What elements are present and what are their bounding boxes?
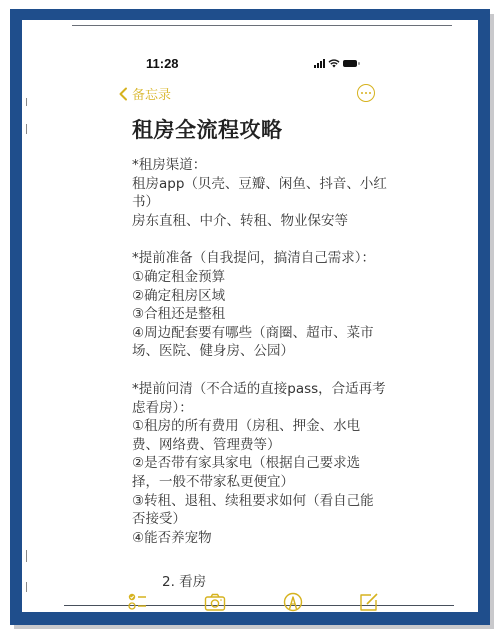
note-line: 择，一般不带家私更便宜） <box>132 473 432 492</box>
note-line: 场、医院、健身房、公园） <box>132 342 432 361</box>
note-line: ④周边配套要有哪些（商圈、超市、菜市 <box>132 324 432 343</box>
edge-mark <box>26 550 27 562</box>
list-heading-viewing: 2. 看房 <box>162 570 206 590</box>
phone-screenshot: 11:28 备忘录 租房全流程攻略 *租房渠道： <box>22 20 478 612</box>
note-section-channels: *租房渠道： 租房app（贝壳、豆瓣、闲鱼、抖音、小红 书） 房东直租、中介、转… <box>132 156 432 230</box>
note-section-questions: *提前问清（不合适的直接pass，合适再考 虑看房）： ①租房的所有费用（房租、… <box>132 380 432 547</box>
note-line: ④能否养宠物 <box>132 529 432 548</box>
chevron-left-icon <box>118 87 128 101</box>
note-body[interactable]: 租房全流程攻略 *租房渠道： 租房app（贝壳、豆瓣、闲鱼、抖音、小红 书） 房… <box>132 116 432 566</box>
note-line: ①租房的所有费用（房租、押金、水电 <box>132 417 432 436</box>
note-line: *提前问清（不合适的直接pass，合适再考 <box>132 380 432 399</box>
note-line: ③转租、退租、续租要求如何（看自己能 <box>132 492 432 511</box>
note-line: 虑看房）： <box>132 399 432 418</box>
nav-bar: 备忘录 <box>22 84 478 106</box>
edge-mark <box>26 124 27 134</box>
edge-line <box>72 25 452 26</box>
back-label: 备忘录 <box>132 84 171 103</box>
back-button[interactable]: 备忘录 <box>118 84 171 103</box>
more-button[interactable] <box>357 84 375 102</box>
checklist-icon[interactable] <box>127 592 149 612</box>
note-section-preparation: *提前准备（自我提问，搞清自己需求）： ①确定租金预算 ②确定租房区域 ③合租还… <box>132 249 432 361</box>
camera-icon[interactable] <box>204 592 226 612</box>
wifi-icon <box>328 59 340 68</box>
note-line: 房东直租、中介、转租、物业保安等 <box>132 212 432 231</box>
status-bar: 11:28 <box>22 56 478 76</box>
note-line: 费、网络费、管理费等） <box>132 436 432 455</box>
status-icons <box>314 59 357 68</box>
note-line: ②是否带有家具家电（根据自己要求选 <box>132 454 432 473</box>
ellipsis-circle-icon <box>361 92 363 94</box>
cellular-signal-icon <box>314 59 325 68</box>
note-line: ③合租还是整租 <box>132 305 432 324</box>
note-line: *提前准备（自我提问，搞清自己需求）： <box>132 249 432 268</box>
battery-icon <box>343 60 357 67</box>
bottom-toolbar <box>22 592 478 616</box>
note-title: 租房全流程攻略 <box>132 116 432 144</box>
note-line: 否接受） <box>132 510 432 529</box>
note-line: 租房app（贝壳、豆瓣、闲鱼、抖音、小红 <box>132 175 432 194</box>
markup-pen-icon[interactable] <box>282 592 304 612</box>
status-time: 11:28 <box>146 56 179 71</box>
edge-mark <box>26 582 27 592</box>
compose-icon[interactable] <box>358 592 380 612</box>
note-line: 书） <box>132 193 432 212</box>
note-line: *租房渠道： <box>132 156 432 175</box>
note-line: ②确定租房区域 <box>132 287 432 306</box>
note-line: ①确定租金预算 <box>132 268 432 287</box>
